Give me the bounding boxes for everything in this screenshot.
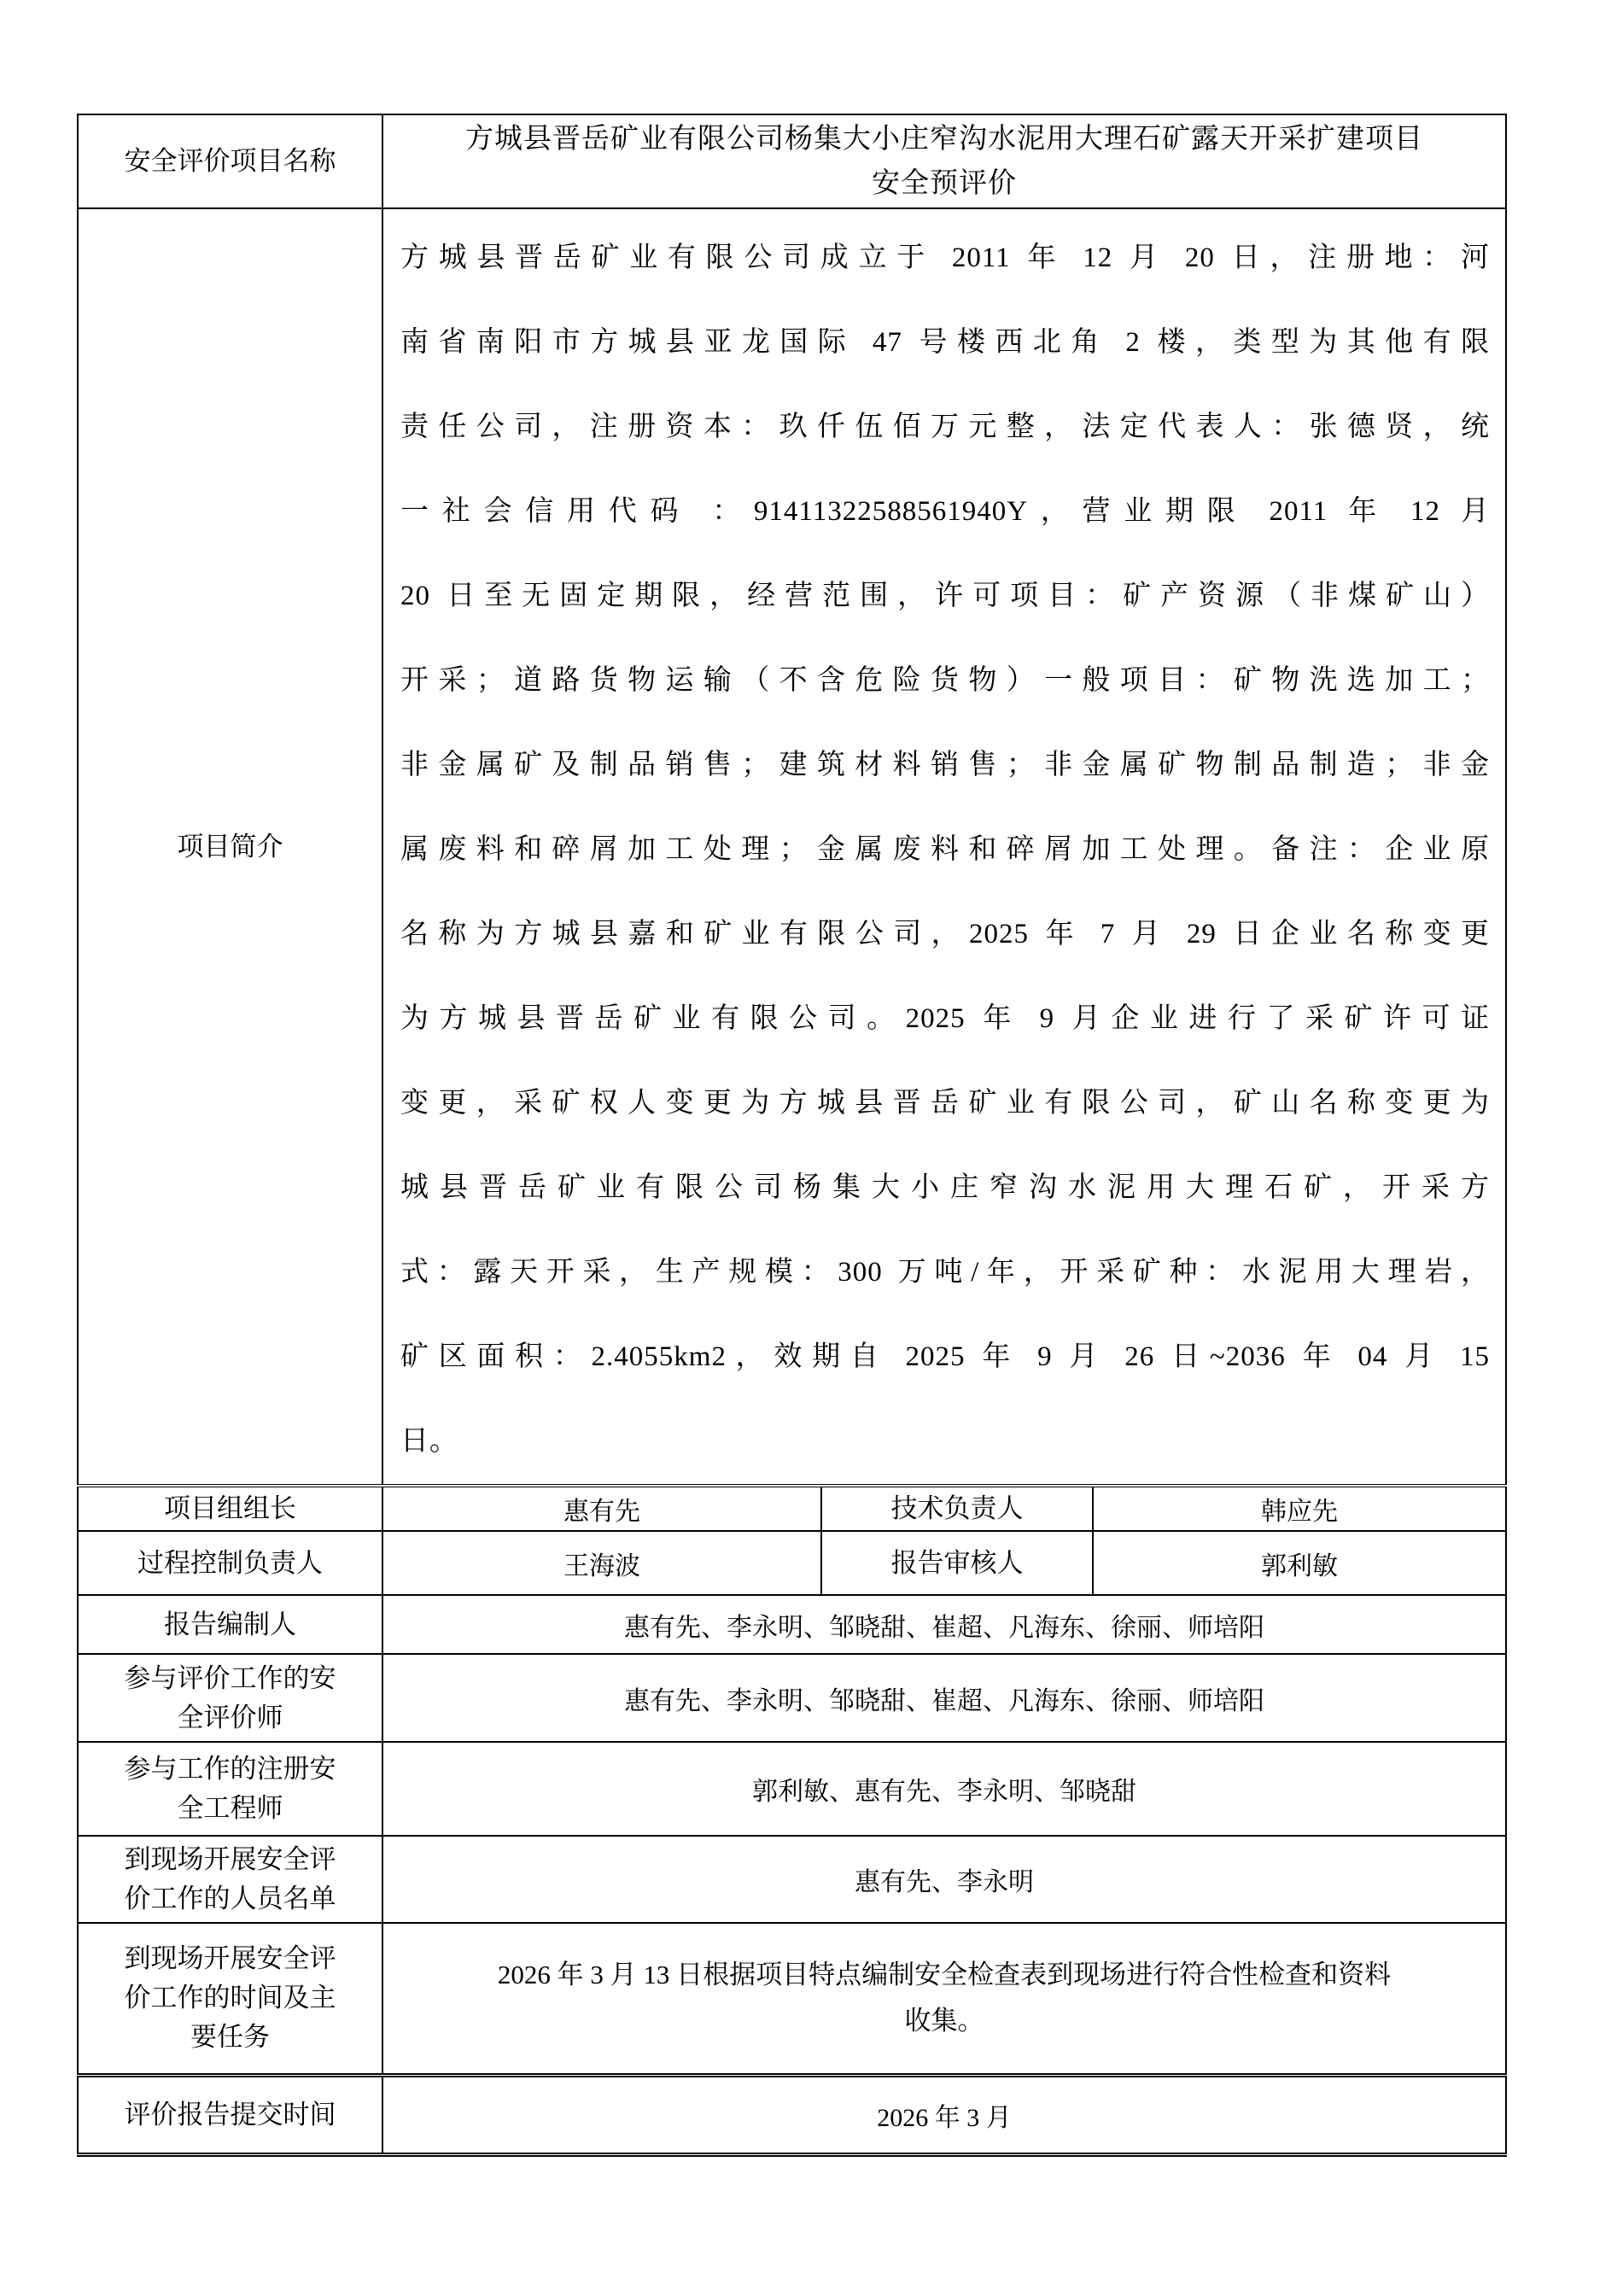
- report-reviewer-label: 报告审核人: [821, 1531, 1093, 1595]
- intro-line: 矿区面积：2.4055km2，效期自 2025 年 9 月 26 日~2036 …: [400, 1315, 1490, 1399]
- intro-line: 式：露天开采，生产规模：300 万吨/年，开采矿种：水泥用大理岩，: [400, 1230, 1490, 1315]
- row-site-task: 到现场开展安全评 价工作的时间及主 要任务 2026 年 3 月 13 日根据项…: [78, 1923, 1506, 2075]
- team-leader-value: 惠有先: [382, 1486, 821, 1531]
- safety-assessors-value: 惠有先、李永明、邹晓甜、崔超、凡海东、徐丽、师培阳: [382, 1654, 1506, 1742]
- intro-line: 责任公司，注册资本：玖仟伍佰万元整，法定代表人：张德贤，统: [400, 385, 1490, 470]
- row-safety-assessors: 参与评价工作的安 全评价师 惠有先、李永明、邹晓甜、崔超、凡海东、徐丽、师培阳: [78, 1654, 1506, 1742]
- project-name-value: 方城县晋岳矿业有限公司杨集大小庄窄沟水泥用大理石矿露天开采扩建项目 安全预评价: [382, 114, 1506, 208]
- row-process-control: 过程控制负责人 王海波 报告审核人 郭利敏: [78, 1531, 1506, 1595]
- intro-line: 为方城县晋岳矿业有限公司。2025 年 9 月企业进行了采矿许可证: [400, 977, 1490, 1061]
- tech-director-label: 技术负责人: [821, 1486, 1093, 1531]
- project-name-label: 安全评价项目名称: [78, 114, 382, 208]
- intro-line: 一社会信用代码 ：91411322588561940Y，营业期限 2011 年 …: [400, 470, 1490, 554]
- tech-director-value: 韩应先: [1093, 1486, 1506, 1531]
- report-reviewer-value: 郭利敏: [1093, 1531, 1506, 1595]
- report-writers-label: 报告编制人: [78, 1595, 382, 1654]
- intro-line: 方城县晋岳矿业有限公司成立于 2011 年 12 月 20 日，注册地：河: [400, 216, 1490, 301]
- row-team-leader: 项目组组长 惠有先 技术负责人 韩应先: [78, 1486, 1506, 1531]
- intro-line: 开采；道路货物运输（不含危险货物）一般项目：矿物洗选加工；: [400, 639, 1490, 723]
- report-submit-label: 评价报告提交时间: [78, 2075, 382, 2154]
- safety-evaluation-table: 安全评价项目名称 方城县晋岳矿业有限公司杨集大小庄窄沟水泥用大理石矿露天开采扩建…: [77, 114, 1507, 2157]
- intro-line: 非金属矿及制品销售；建筑材料销售；非金属矿物制品制造；非金: [400, 723, 1490, 808]
- intro-line: 变更，采矿权人变更为方城县晋岳矿业有限公司，矿山名称变更为: [400, 1061, 1490, 1146]
- row-report-writers: 报告编制人 惠有先、李永明、邹晓甜、崔超、凡海东、徐丽、师培阳: [78, 1595, 1506, 1654]
- intro-line: 日。: [400, 1399, 1490, 1484]
- team-leader-label: 项目组组长: [78, 1486, 382, 1531]
- site-staff-label: 到现场开展安全评 价工作的人员名单: [78, 1836, 382, 1923]
- site-staff-value: 惠有先、李永明: [382, 1836, 1506, 1923]
- registered-engineers-label: 参与工作的注册安 全工程师: [78, 1742, 382, 1836]
- safety-assessors-label: 参与评价工作的安 全评价师: [78, 1654, 382, 1742]
- project-intro-label: 项目简介: [78, 208, 382, 1486]
- document-page: 安全评价项目名称 方城县晋岳矿业有限公司杨集大小庄窄沟水泥用大理石矿露天开采扩建…: [0, 0, 1623, 2296]
- row-report-submit: 评价报告提交时间 2026 年 3 月: [78, 2075, 1506, 2154]
- row-project-name: 安全评价项目名称 方城县晋岳矿业有限公司杨集大小庄窄沟水泥用大理石矿露天开采扩建…: [78, 114, 1506, 208]
- site-task-label: 到现场开展安全评 价工作的时间及主 要任务: [78, 1923, 382, 2075]
- report-submit-value: 2026 年 3 月: [382, 2075, 1506, 2154]
- intro-line: 20 日至无固定期限，经营范围，许可项目：矿产资源（非煤矿山）: [400, 554, 1490, 639]
- intro-line: 属废料和碎屑加工处理；金属废料和碎屑加工处理。备注：企业原: [400, 808, 1490, 892]
- site-task-value: 2026 年 3 月 13 日根据项目特点编制安全检查表到现场进行符合性检查和资…: [382, 1923, 1506, 2075]
- row-site-staff: 到现场开展安全评 价工作的人员名单 惠有先、李永明: [78, 1836, 1506, 1923]
- row-project-intro: 项目简介 方城县晋岳矿业有限公司成立于 2011 年 12 月 20 日，注册地…: [78, 208, 1506, 1486]
- report-writers-value: 惠有先、李永明、邹晓甜、崔超、凡海东、徐丽、师培阳: [382, 1595, 1506, 1654]
- intro-line: 城县晋岳矿业有限公司杨集大小庄窄沟水泥用大理石矿，开采方: [400, 1146, 1490, 1230]
- intro-line: 名称为方城县嘉和矿业有限公司，2025 年 7 月 29 日企业名称变更: [400, 892, 1490, 977]
- project-intro-value: 方城县晋岳矿业有限公司成立于 2011 年 12 月 20 日，注册地：河 南省…: [382, 208, 1506, 1486]
- process-control-label: 过程控制负责人: [78, 1531, 382, 1595]
- intro-line: 南省南阳市方城县亚龙国际 47 号楼西北角 2 楼，类型为其他有限: [400, 301, 1490, 385]
- registered-engineers-value: 郭利敏、惠有先、李永明、邹晓甜: [382, 1742, 1506, 1836]
- process-control-value: 王海波: [382, 1531, 821, 1595]
- row-registered-engineers: 参与工作的注册安 全工程师 郭利敏、惠有先、李永明、邹晓甜: [78, 1742, 1506, 1836]
